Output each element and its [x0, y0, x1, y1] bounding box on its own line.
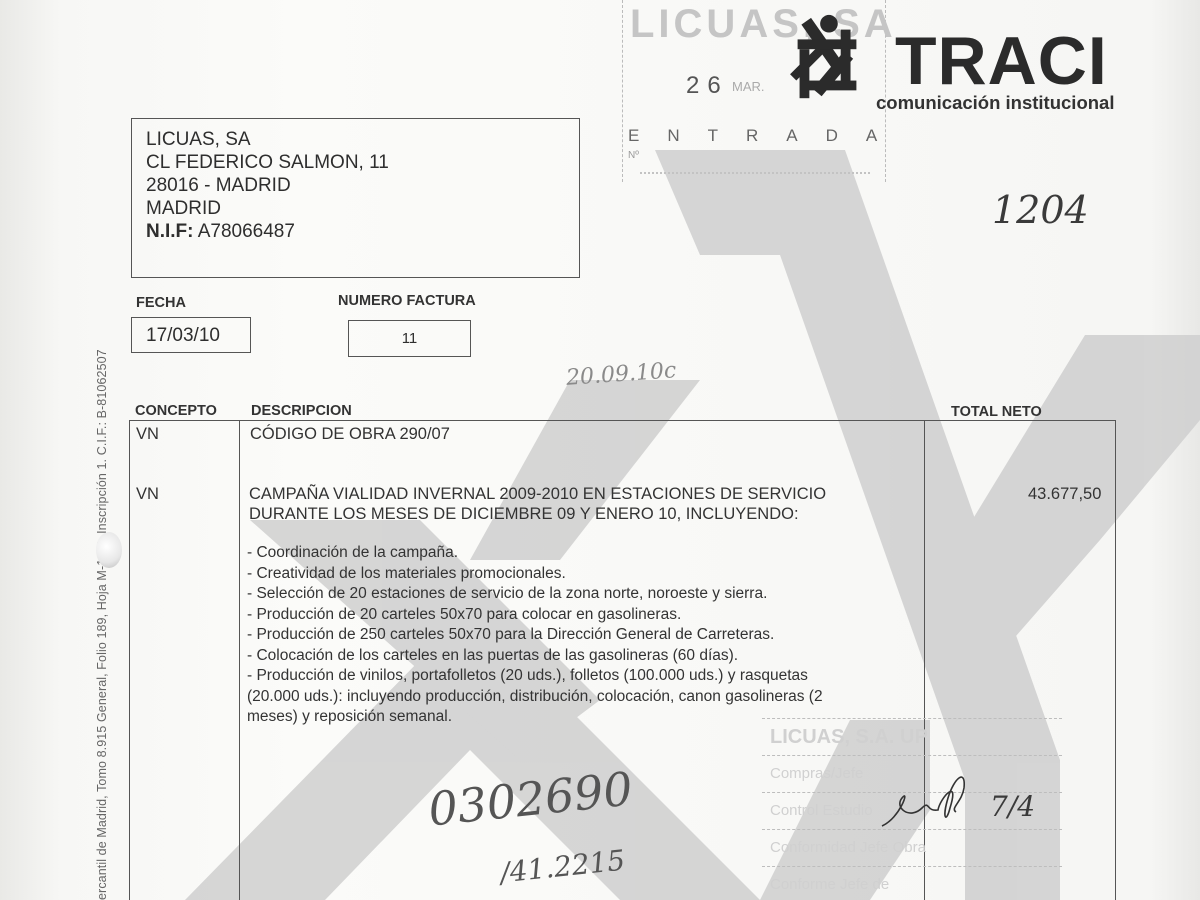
- list-item: (20.000 uds.): incluyendo producción, di…: [247, 687, 823, 708]
- punch-hole: [96, 532, 122, 568]
- signature-icon: [880, 768, 990, 838]
- invoice-page: ercantil de Madrid, Tomo 8.915 General, …: [0, 0, 1200, 900]
- list-item: - Coordinación de la campaña.: [247, 543, 823, 564]
- brand-tagline: comunicación institucional: [876, 92, 1114, 114]
- registry-text: ercantil de Madrid, Tomo 8.915 General, …: [95, 349, 109, 900]
- row2-total: 43.677,50: [1028, 484, 1101, 504]
- stamp-month: MAR.: [732, 79, 765, 94]
- stamp-number-label: Nº: [628, 150, 639, 161]
- brand-name: TRACI: [895, 26, 1108, 96]
- client-province: MADRID: [146, 197, 579, 220]
- numero-factura-value: 11: [402, 330, 418, 347]
- item-list: - Coordinación de la campaña. - Creativi…: [247, 543, 823, 728]
- stamp-dotted-line: [640, 172, 870, 174]
- client-postal-city: 28016 - MADRID: [146, 174, 579, 197]
- list-item: meses) y reposición semanal.: [247, 707, 823, 728]
- nif-value: A78066487: [198, 221, 295, 242]
- list-item: - Colocación de los carteles en las puer…: [247, 646, 823, 667]
- row1-descripcion: CÓDIGO DE OBRA 290/07: [250, 424, 450, 444]
- fecha-label: FECHA: [136, 295, 186, 311]
- signature-date: 7/4: [990, 790, 1035, 823]
- numero-factura-label: NUMERO FACTURA: [338, 293, 476, 309]
- table-divider-1: [239, 420, 240, 900]
- nif-label: N.I.F:: [146, 221, 194, 242]
- handwritten-number: 1204: [992, 188, 1089, 232]
- list-item: - Producción de 20 carteles 50x70 para c…: [247, 605, 823, 626]
- traci-knot-logo-icon: [778, 10, 876, 108]
- header-descripcion: DESCRIPCION: [251, 403, 352, 419]
- fecha-value: 17/03/10: [146, 325, 220, 347]
- stamp-entrada: ENTRADA: [628, 126, 905, 146]
- client-name: LICUAS, SA: [146, 128, 579, 151]
- row1-concepto: VN: [136, 424, 159, 444]
- client-street: CL FEDERICO SALMON, 11: [146, 151, 579, 174]
- stamp-day: 26: [686, 72, 729, 100]
- list-item: - Selección de 20 estaciones de servicio…: [247, 584, 823, 605]
- numero-factura-box: 11: [348, 320, 471, 357]
- header-concepto: CONCEPTO: [135, 403, 217, 419]
- approval-row: LICUAS, S.A. UP: [762, 718, 1062, 755]
- header-total-neto: TOTAL NETO: [951, 404, 1042, 420]
- client-address-box: LICUAS, SA CL FEDERICO SALMON, 11 28016 …: [131, 118, 580, 278]
- row2-descripcion-line1: CAMPAÑA VIALIDAD INVERNAL 2009-2010 EN E…: [249, 484, 826, 504]
- row2-descripcion-line2: DURANTE LOS MESES DE DICIEMBRE 09 Y ENER…: [249, 504, 799, 524]
- client-nif: N.I.F: A78066487: [146, 220, 579, 243]
- approval-row: Conforme Jefe de: [762, 866, 1062, 900]
- list-item: - Creatividad de los materiales promocio…: [247, 564, 823, 585]
- fecha-box: 17/03/10: [131, 317, 251, 353]
- row2-concepto: VN: [136, 484, 159, 504]
- handwritten-note: 20.09.10c: [565, 358, 677, 391]
- list-item: - Producción de vinilos, portafolletos (…: [247, 666, 823, 687]
- list-item: - Producción de 250 carteles 50x70 para …: [247, 625, 823, 646]
